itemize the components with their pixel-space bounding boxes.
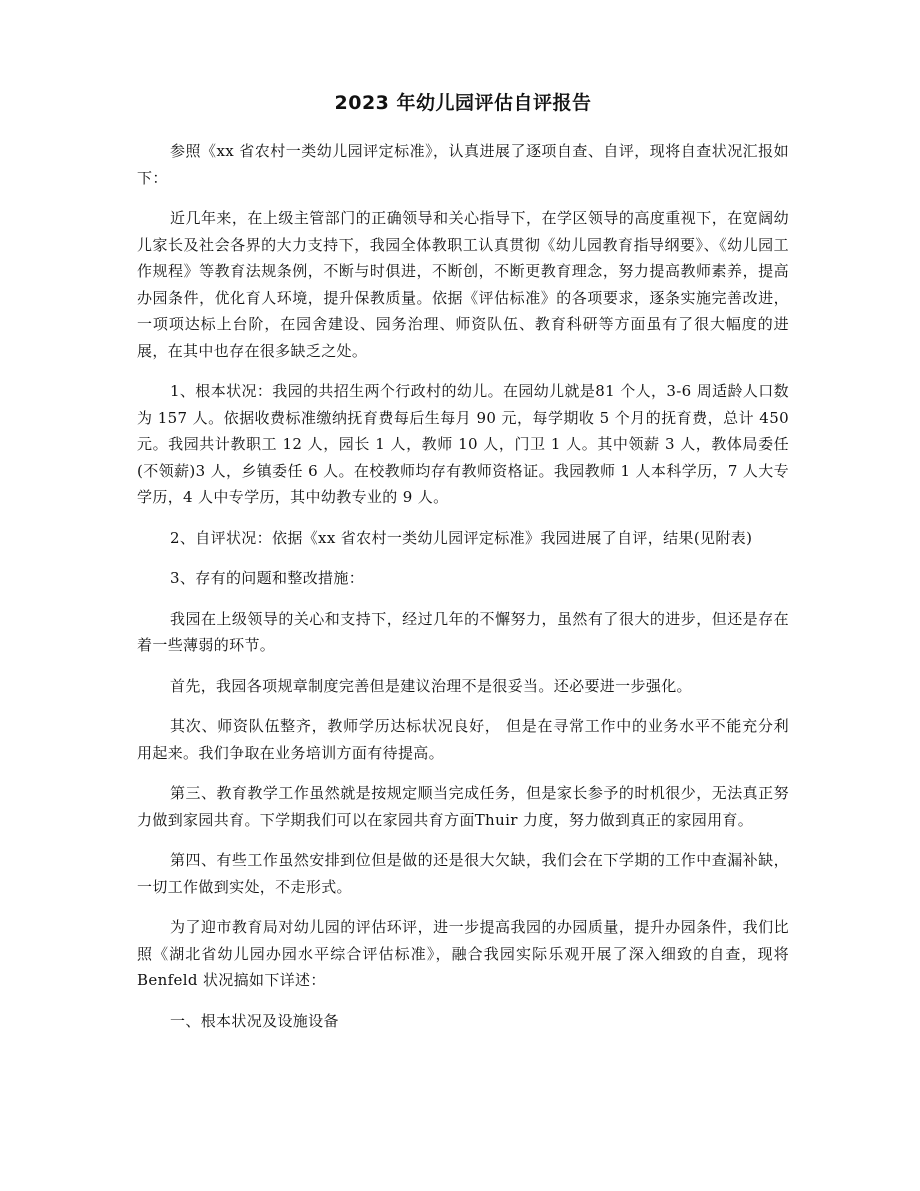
document-page: 2023 年幼儿园评估自评报告 参照《xx 省农村一类幼儿园评定标准》，认真进展… bbox=[137, 88, 789, 1048]
paragraph-third: 第三、教育教学工作虽然就是按规定顺当完成任务，但是家长参予的时机很少，无法真正努… bbox=[137, 780, 789, 833]
paragraph-fourth: 第四、有些工作虽然安排到位但是做的还是很大欠缺，我们会在下学期的工作中查漏补缺，… bbox=[137, 847, 789, 900]
document-title: 2023 年幼儿园评估自评报告 bbox=[137, 88, 789, 118]
paragraph-problems-heading: 3、存有的问题和整改措施： bbox=[137, 565, 789, 592]
paragraph-background: 近几年来，在上级主管部门的正确领导和关心指导下，在学区领导的高度重视下，在宽阔幼… bbox=[137, 205, 789, 364]
paragraph-first: 首先，我园各项规章制度完善但是建议治理不是很妥当。还必要进一步强化。 bbox=[137, 673, 789, 700]
section-heading-basic-facilities: 一、根本状况及设施设备 bbox=[137, 1008, 789, 1035]
paragraph-second: 其次、师资队伍整齐，教师学历达标状况良好， 但是在寻常工作中的业务水平不能充分利… bbox=[137, 713, 789, 766]
paragraph-basic-situation: 1、根本状况：我园的共招生两个行政村的幼儿。在园幼儿就是81 个人，3-6 周适… bbox=[137, 378, 789, 511]
paragraph-self-evaluation: 2、自评状况：依据《xx 省农村一类幼儿园评定标准》我园进展了自评，结果(见附表… bbox=[137, 525, 789, 552]
paragraph-evaluation-purpose: 为了迎市教育局对幼儿园的评估环评，进一步提高我园的办园质量，提升办园条件，我们比… bbox=[137, 914, 789, 994]
paragraph-progress: 我园在上级领导的关心和支持下，经过几年的不懈努力，虽然有了很大的进步，但还是存在… bbox=[137, 606, 789, 659]
paragraph-intro: 参照《xx 省农村一类幼儿园评定标准》，认真进展了逐项自查、自评，现将自查状况汇… bbox=[137, 138, 789, 191]
